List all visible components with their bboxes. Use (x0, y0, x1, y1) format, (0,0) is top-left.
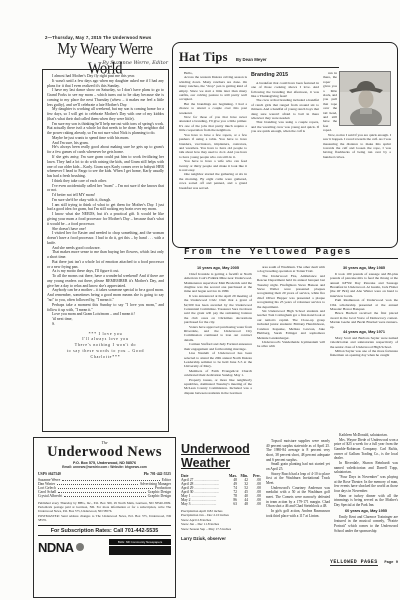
weather-title-line2: Weather (181, 457, 261, 471)
paragraph: A breakfast that could have been feature… (251, 81, 319, 99)
usps-number: USPS #647540 (38, 472, 61, 476)
era-heading-2005: 10 years ago, May 2005 (184, 266, 252, 271)
paragraph: If she gets antsy, I'm sure gram could p… (47, 155, 164, 179)
weather-title: Underwood Weather (181, 443, 261, 471)
masthead-logos: NDNA BHG: ND Community Newspapers (38, 539, 171, 555)
paragraph: Mrs. Wayne Diede of Underwood won a priz… (334, 438, 398, 461)
paragraph: Topsoil moisture supplies were nearly 40… (266, 439, 330, 462)
paragraph: But there just isn't a whole lot of emot… (47, 260, 164, 270)
yellowed-column-1: 10 years ago, May 2005 Chief Ironside is… (184, 265, 252, 432)
publisher-badge-block (109, 546, 171, 555)
continuation-b-text-1: Kathleen McDonald, salutatorian.Mrs. Way… (334, 433, 398, 508)
paragraph: Milton Sayler was one of the more fortun… (330, 349, 398, 358)
paragraph: Members of Faith Evangelical Church cele… (184, 369, 252, 378)
staff-list: Suzanne WerreEditorDan WinterAdvertising… (38, 478, 171, 498)
paragraph: I am still trying to think of what to ge… (47, 203, 164, 213)
yellowed-pages-banner: From the Yellowed Pages (184, 246, 398, 259)
paragraph: Anybody can be a mother – it takes someo… (47, 288, 164, 302)
table-cell: .00 (248, 502, 261, 506)
subscription-bar: For Subscription Rates: Call 701-442-553… (38, 525, 171, 536)
jump-page-number: Page 9 (384, 561, 398, 565)
yellowed-pages-columns: 10 years ago, May 2005 Chief Ironside is… (184, 265, 398, 432)
weary-column-body: I almost had Mother's Day fly right past… (42, 69, 169, 432)
paragraph: Ham or turkey dinner with all the trimmi… (334, 494, 398, 508)
yellowed-column-1-text: Chief Ironside is getting a facelift at … (184, 272, 252, 395)
hattips-title: Hat Tips (179, 50, 228, 64)
paragraph: Across the western Dakota calving season… (179, 75, 247, 101)
era-heading-1955: 60 years ago, May 1955 (334, 509, 398, 514)
paragraph: The Underwood Fire, Ambulance and Rescue… (257, 274, 325, 309)
hattips-columns: Hello,Across the western Dakota calving … (179, 71, 391, 190)
hattips-byline: By Dean Meyer (236, 57, 267, 62)
yellowed-column-2: area south of Washburn. The other dealt … (257, 265, 325, 432)
weather-notes: Precipitation April 0.82 inchesPrecipita… (181, 509, 261, 532)
masthead-title: Underwood News (38, 445, 171, 460)
hattips-column-2: Branding 2015 A breakfast that could hav… (251, 71, 319, 190)
paragraph: Chief Ironside is getting a facelift at … (184, 272, 252, 294)
paragraph: Voters have approved purchasing water fr… (184, 325, 252, 343)
paragraph: But the brandings are beginning. I had a… (179, 102, 247, 115)
paragraph: I visited her for Easter and needed to c… (47, 231, 164, 245)
paragraph: In girls golf action, Andrea Rasmusson t… (266, 509, 330, 518)
article-headline: Branding 2015 (251, 72, 319, 79)
paragraph: area south of Washburn. The other dealt … (257, 265, 325, 274)
yellowed-column-3: 30 years ago, May 1985 It took 100 pound… (330, 265, 398, 432)
yellowed-column-3-text-a: It took 100 pounds of sausage and 80-plu… (330, 272, 398, 329)
weather-observer: Larry Dziuk, observer (181, 536, 261, 541)
paragraph: I have my last dance show on Saturday, s… (47, 88, 164, 107)
era-heading-1985: 30 years ago, May 1985 (330, 266, 398, 271)
ndna-logo-text: NDNA (38, 540, 74, 555)
dot-leader (62, 480, 160, 481)
yellowed-column-3-text-b: Mary Scott and Barbara Sayler were named… (330, 336, 398, 358)
masthead-usps-phone-row: USPS #647540 Ph: 701-442-5525 (38, 472, 171, 476)
paragraph: Property issues, or more like neighborly… (184, 378, 252, 396)
dot-leader (64, 496, 145, 497)
hattips-column-3: run in there, the roper gives you a litt… (323, 71, 391, 190)
paragraph: Carmen Stafford and Judy Forland announc… (184, 342, 252, 351)
paragraph: "Four Days in November" was playing at t… (334, 475, 398, 494)
pull-quote: *** I love youI'll always love youThere'… (47, 332, 164, 361)
hattips-column-1: Hello,Across the western Dakota calving … (179, 71, 247, 190)
paragraph: Perhaps take a moment this Sunday to say… (47, 303, 164, 313)
paragraph: Six Underwood High School students and t… (257, 309, 325, 340)
ndna-emblem-icon (76, 543, 84, 551)
paragraph: You have to have a few ropers, or a few … (179, 133, 247, 159)
paragraph: That branding was using a couple ropers,… (251, 120, 319, 133)
paragraph: Mary Scott and Barbara Sayler were named… (330, 336, 398, 349)
staff-name: Crystal Albrecht (38, 494, 62, 498)
continuation-b-text-2: Emily Kent and Clarence Traininger are f… (334, 515, 398, 534)
newspaper-page: 2—Thursday, May 7, 2015 The Underwood Ne… (0, 0, 400, 600)
paragraph: It wasn't until a few days ago when my d… (47, 79, 164, 89)
jump-section-name: YELLOWED PAGES (330, 559, 378, 566)
paragraph: To all the moms out there, have a wonder… (47, 274, 164, 288)
paragraph: Now for those of you that have never att… (179, 115, 247, 133)
weather-note: Snow Season Sep – May 17.3 inches (181, 527, 261, 532)
table-cell: 48 (237, 502, 248, 506)
paragraph: My daughter is working all weekend, but … (47, 107, 164, 121)
paragraph: It took 100 pounds of sausage and 80-plu… (330, 272, 398, 298)
dot-leader (57, 484, 137, 485)
paragraph: I know what she NEEDS, but it's a practi… (47, 212, 164, 226)
yellowed-continuation-column-b: Kathleen McDonald, salutatorian.Mrs. Way… (334, 433, 398, 555)
yellowed-continuation-column-a: Topsoil moisture supplies were nearly 40… (266, 439, 330, 579)
publication-info: Published every Thursday by BHG, Inc., P… (38, 501, 171, 513)
weary-column-byline: By Suzanne Werre, Editor (78, 60, 168, 66)
paragraph: That makes more sense to me than buying … (47, 250, 164, 260)
hattips-header: Hat Tips By Dean Meyer (179, 48, 339, 68)
postmaster-notice: POSTMASTER: Send address changes to The … (38, 514, 171, 522)
paragraph: Now, notice I said if you are quick enou… (323, 133, 391, 159)
paragraph: Pam Rasmusson of Underwood won the CPA s… (330, 298, 398, 311)
hattips-box: Hat Tips By Dean Meyer Hello,Across the … (172, 42, 398, 248)
paragraph: The crew at that branding included a han… (251, 98, 319, 120)
paragraph: Emily Kent and Clarence Traininger are f… (334, 515, 398, 534)
paragraph: Underwood's Vanderheide Gymnasium will b… (257, 340, 325, 349)
weather-section: Underwood Weather DateMax.Min.Prec. Apri… (181, 443, 261, 541)
weary-paragraphs: I almost had Mother's Day fly right past… (47, 74, 164, 327)
paragraph: I'm sure my son is thinking he'll help m… (47, 122, 164, 136)
table-cell: 63 (226, 502, 237, 506)
staff-row: Crystal AlbrechtGraphic Design (38, 494, 171, 498)
era-heading-1971: 44 years ago, May 1971 (330, 330, 398, 335)
hattips-column-2-text: A breakfast that could have been feature… (251, 81, 319, 134)
weather-row: May 36348.00 (181, 502, 261, 506)
columnist-portrait-photo (339, 71, 391, 126)
paragraph: S. (47, 322, 164, 327)
paragraph: It was announced at the April 29 meeting… (184, 294, 252, 325)
weather-table: DateMax.Min.Prec. April 274842.00April 2… (181, 474, 261, 506)
table-cell: May 3 (181, 502, 226, 506)
paragraph: Underwood's Courtney Anderson was medali… (266, 486, 330, 509)
paragraph: Bruce Buchert received the first placed … (330, 311, 398, 329)
masthead-contact: Email: unnews@westriv.com • Website: bhg… (38, 465, 171, 469)
staff-role: Graphic Design (148, 494, 171, 498)
ndna-logo: NDNA (38, 540, 84, 555)
weather-rows: April 274842.00April 284932.00April 2974… (181, 478, 261, 506)
masthead-box: The Underwood News P.O. Box 575, Underwo… (33, 437, 176, 598)
jump-line: YELLOWED PAGES Page 9 (330, 559, 398, 566)
paragraph: In Riverdale, Sharon Reinhardt was named… (334, 461, 398, 475)
publisher-badge: BHG: ND Community Newspapers (109, 539, 171, 555)
paragraph: He's always been really good about makin… (47, 145, 164, 155)
paragraph: You have to have a wife who can feed twe… (179, 159, 247, 172)
paragraph: Stacey Busch had a leap of 4-10 to place… (266, 472, 330, 486)
quote-line: Charlotte*** (47, 355, 164, 361)
paragraph: One neighbor started the gathering at si… (179, 172, 247, 190)
dot-leader (58, 488, 153, 489)
weather-title-line1: Underwood (181, 443, 261, 457)
paragraph: I've even accidentally called her "mom" … (47, 184, 164, 194)
dot-leader (58, 492, 145, 493)
phone-number: Ph: 701-442-5525 (144, 472, 171, 476)
paragraph: Lisa Neuleib of Underwood has been selec… (184, 351, 252, 369)
paragraph: Small grain planting had not started yet… (266, 462, 330, 471)
publisher-badge-label: BHG: ND Community Newspapers (109, 539, 171, 545)
